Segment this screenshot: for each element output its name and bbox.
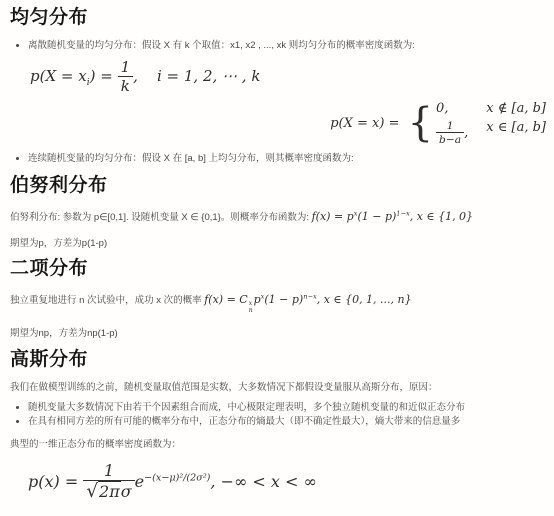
- formula-part: , x ∈ {0, 1, ..., n}: [317, 293, 412, 306]
- bernoulli-stats: 期望为p，方差为p(1-p): [0, 237, 554, 251]
- heading-gaussian-distribution: 高斯分布: [0, 341, 554, 371]
- formula-exponent: n−x: [303, 292, 317, 300]
- gaussian-formula-intro: 典型的一维正态分布的概率密度函数为：: [0, 438, 554, 452]
- radicand: 2π: [98, 481, 121, 501]
- gaussian-intro: 我们在做模型训练的之前，随机变量取值范围是实数，大多数情况下都假设变量服从高斯分…: [0, 381, 554, 395]
- fraction-one-over-k: 1 k: [118, 59, 134, 95]
- cases-grid: 0, x ∉ [a, b] 1b−a, x ∈ [a, b]: [436, 101, 546, 146]
- uniform-bullet-list-2: 连续随机变量的均匀分布：假设 X 在 [a, b] 上均匀分布，则其概率密度函数…: [0, 152, 554, 167]
- gaussian-bullet-list: 随机变量大多数情况下由若干个因素组合而成，中心极限定理表明，多个独立随机变量的和…: [0, 401, 554, 430]
- fraction-numerator: 1: [436, 120, 464, 133]
- formula-lhs: p(x) =: [28, 472, 83, 491]
- bullet-discrete-uniform: 离散随机变量的均匀分布：假设 X 有 k 个取值：x1, x2 , ..., x…: [28, 39, 544, 54]
- binomial-text: 独立重复地进行 n 次试验中，成功 x 次的概率: [10, 295, 204, 306]
- formula-exponent: 1−x: [396, 209, 409, 217]
- formula-part: f(x) = p: [312, 210, 354, 223]
- sqrt-sign: √: [86, 481, 98, 502]
- binomial-paragraph: 独立重复地进行 n 次试验中，成功 x 次的概率 f(x) = Cxnpx(1 …: [0, 292, 554, 315]
- bullet-central-limit: 随机变量大多数情况下由若干个因素组合而成，中心极限定理表明，多个独立随机变量的和…: [28, 401, 544, 416]
- formula-continuous-uniform-wrap: p(X = x) = { 0, x ∉ [a, b] 1b−a, x ∈ [a,…: [0, 101, 554, 146]
- uniform-bullet-list-1: 离散随机变量的均匀分布：假设 X 有 k 个取值：x1, x2 , ..., x…: [0, 39, 554, 54]
- formula-index-range: i = 1, 2, ⋯ , k: [157, 67, 260, 85]
- formula-lhs: p(X = x: [30, 67, 87, 85]
- case2-condition: x ∈ [a, b]: [486, 120, 546, 146]
- case2-value: 1b−a,: [436, 120, 468, 146]
- formula-part: , x ∈ {1, 0}: [410, 210, 473, 223]
- case2-comma: ,: [464, 125, 468, 140]
- heading-uniform-distribution: 均匀分布: [0, 0, 554, 29]
- cases-brace: {: [408, 105, 433, 141]
- fraction-numerator: 1: [83, 462, 134, 481]
- sigma: σ: [121, 482, 132, 501]
- formula-part: p: [254, 293, 261, 306]
- formula-discrete-uniform: p(X = xi) = 1 k , i = 1, 2, ⋯ , k: [30, 59, 554, 95]
- formula-comma: ,: [133, 67, 138, 85]
- formula-part: (1 − p): [264, 293, 303, 306]
- bernoulli-paragraph: 伯努利分布: 参数为 p∈[0,1]. 设随机变量 X ∈ {0,1}。则概率分…: [0, 209, 554, 225]
- euler-e: e: [135, 472, 144, 491]
- bullet-continuous-uniform: 连续随机变量的均匀分布：假设 X 在 [a, b] 上均匀分布，则其概率密度函数…: [28, 152, 544, 167]
- formula-bernoulli: f(x) = px(1 − p)1−x, x ∈ {1, 0}: [312, 210, 473, 223]
- formula-part: f(x) = C: [204, 293, 247, 306]
- formula-continuous-uniform: p(X = x) = { 0, x ∉ [a, b] 1b−a, x ∈ [a,…: [330, 116, 546, 131]
- combination-sub-sup: xn: [249, 301, 253, 315]
- gaussian-exponent: −(x−μ)²/(2σ²): [144, 472, 210, 483]
- fraction-denominator: k: [118, 76, 134, 95]
- fraction-numerator: 1: [118, 59, 134, 77]
- bullet-max-entropy: 在具有相同方差的所有可能的概率分布中，正态分布的熵最大（即不确定性最大），熵大带…: [28, 415, 544, 430]
- formula-domain: , −∞ < x < ∞: [210, 472, 316, 491]
- formula-binomial: f(x) = Cxnpx(1 − p)n−x, x ∈ {0, 1, ..., …: [204, 293, 411, 306]
- combination-subscript: n: [249, 308, 253, 315]
- case1-condition: x ∉ [a, b]: [486, 101, 546, 116]
- fraction-denominator: √2πσ: [83, 480, 134, 502]
- formula-lhs: p(X = x) =: [330, 116, 403, 131]
- fraction-one-over-b-minus-a: 1b−a: [436, 120, 464, 146]
- fraction-denominator: b−a: [436, 132, 464, 146]
- heading-binomial-distribution: 二项分布: [0, 250, 554, 280]
- formula-equals: ) =: [90, 67, 118, 85]
- formula-part: (1 − p): [357, 210, 396, 223]
- formula-gaussian-pdf: p(x) = 1 √2πσ e−(x−μ)²/(2σ²), −∞ < x < ∞: [28, 462, 554, 503]
- fraction-normalizer: 1 √2πσ: [83, 462, 134, 503]
- binomial-stats: 期望为np，方差为np(1-p): [0, 327, 554, 341]
- case1-value: 0,: [436, 101, 468, 116]
- heading-bernoulli-distribution: 伯努利分布: [0, 167, 554, 197]
- bernoulli-text: 伯努利分布: 参数为 p∈[0,1]. 设随机变量 X ∈ {0,1}。则概率分…: [10, 212, 312, 223]
- notes-document: 均匀分布 离散随机变量的均匀分布：假设 X 有 k 个取值：x1, x2 , .…: [0, 0, 554, 516]
